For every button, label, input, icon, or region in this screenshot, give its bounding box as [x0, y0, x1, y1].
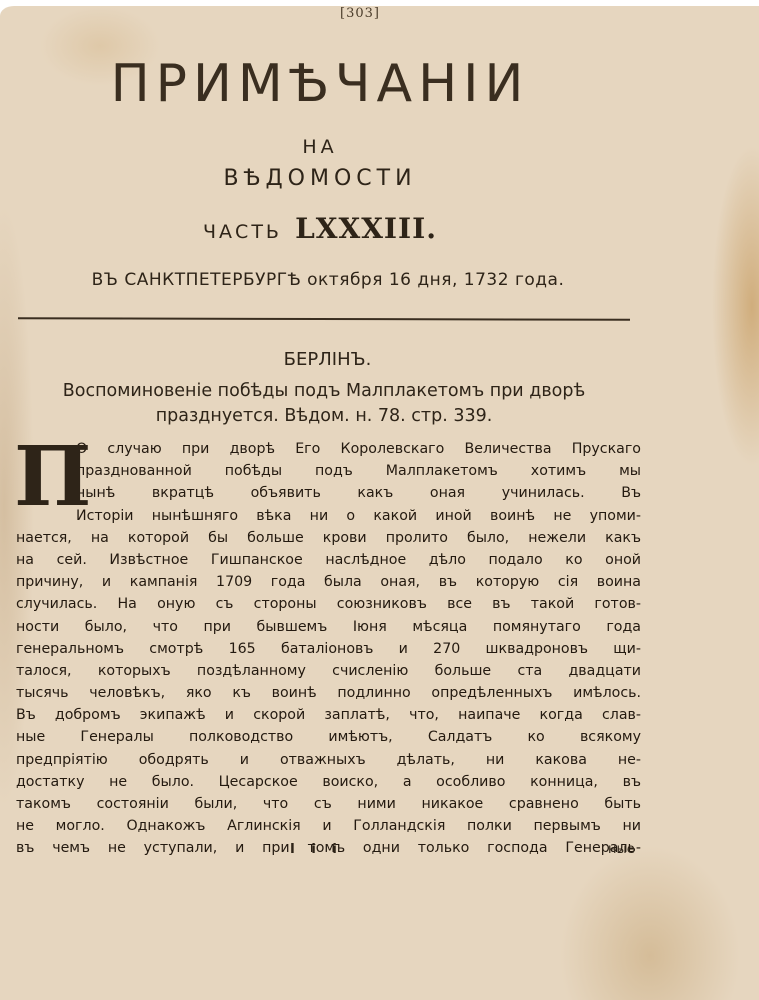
body-line: не могло. Однакожъ Аглинскія и Голландск… — [16, 815, 641, 837]
part-heading: ЧАСТЬ LXXXIII. — [0, 212, 640, 245]
subtitle-on: НА — [0, 136, 640, 158]
body-line: Въ добромъ экипажѣ и скорой заплатѣ, что… — [16, 704, 641, 726]
body-line: достатку не было. Цесарское воиско, а ос… — [16, 771, 641, 793]
body-line: такомъ состояніи были, что съ ними никак… — [16, 793, 641, 815]
article-headline-line-1: Воспоминовеніе побѣды подъ Малплакетомъ … — [14, 381, 634, 401]
body-line: ности было, что при бывшемъ Іюня мѣсяца … — [16, 616, 641, 638]
body-line: причину, и кампанія 1709 года была оная,… — [16, 571, 641, 593]
body-line: предпріятію ободрять и отважныхъ дѣлать,… — [16, 749, 641, 771]
body-line: нается, на которой бы больше крови проли… — [16, 527, 641, 549]
body-line: Исторіи нынѣшняго вѣка ни о какой иной в… — [16, 505, 641, 527]
body-line: генеральномъ смотрѣ 165 баталіоновъ и 27… — [16, 638, 641, 660]
horizontal-rule — [18, 317, 630, 321]
body-line: О случаю при дворѣ Его Королевскаго Вели… — [16, 438, 641, 460]
drop-cap: П — [14, 436, 91, 518]
body-line: ные Генералы полководство имѣютъ, Салдат… — [16, 726, 641, 748]
article-body: П О случаю при дворѣ Его Королевскаго Ве… — [16, 438, 641, 860]
body-line: тысячь человѣкъ, яко къ воинѣ подлинно о… — [16, 682, 641, 704]
body-line: случилась. На оную съ стороны союзниковъ… — [16, 593, 641, 615]
article-headline-line-2: празднуется. Вѣдом. н. 78. стр. 339. — [14, 406, 634, 426]
body-line: на сей. Извѣстное Гишпанское наслѣдное д… — [16, 549, 641, 571]
page-title: ПРИМѢЧАНІИ — [0, 54, 640, 114]
signature-mark: I i i — [290, 842, 343, 857]
dateline: ВЪ САНКТПЕТЕРБУРГѢ октября 16 дня, 1732 … — [38, 270, 618, 290]
part-label: ЧАСТЬ — [203, 221, 282, 243]
body-line: празднованной побѣды подъ Малплакетомъ х… — [16, 460, 641, 482]
subtitle-vedomosti: ВѢДОМОСТИ — [0, 166, 640, 191]
article-location: БЕРЛІНЪ. — [0, 349, 655, 370]
part-number: LXXXIII. — [295, 212, 437, 245]
body-line: талося, которыхъ поздѣланному счисленію … — [16, 660, 641, 682]
catchword: ные — [608, 842, 635, 857]
page-footer: I i i ные — [0, 842, 759, 862]
body-line: нынѣ вкратцѣ объявить какъ оная учинилас… — [16, 482, 641, 504]
page-number: [303] — [0, 6, 720, 21]
document-page: [303] ПРИМѢЧАНІИ НА ВѢДОМОСТИ ЧАСТЬ LXXX… — [0, 6, 759, 1000]
